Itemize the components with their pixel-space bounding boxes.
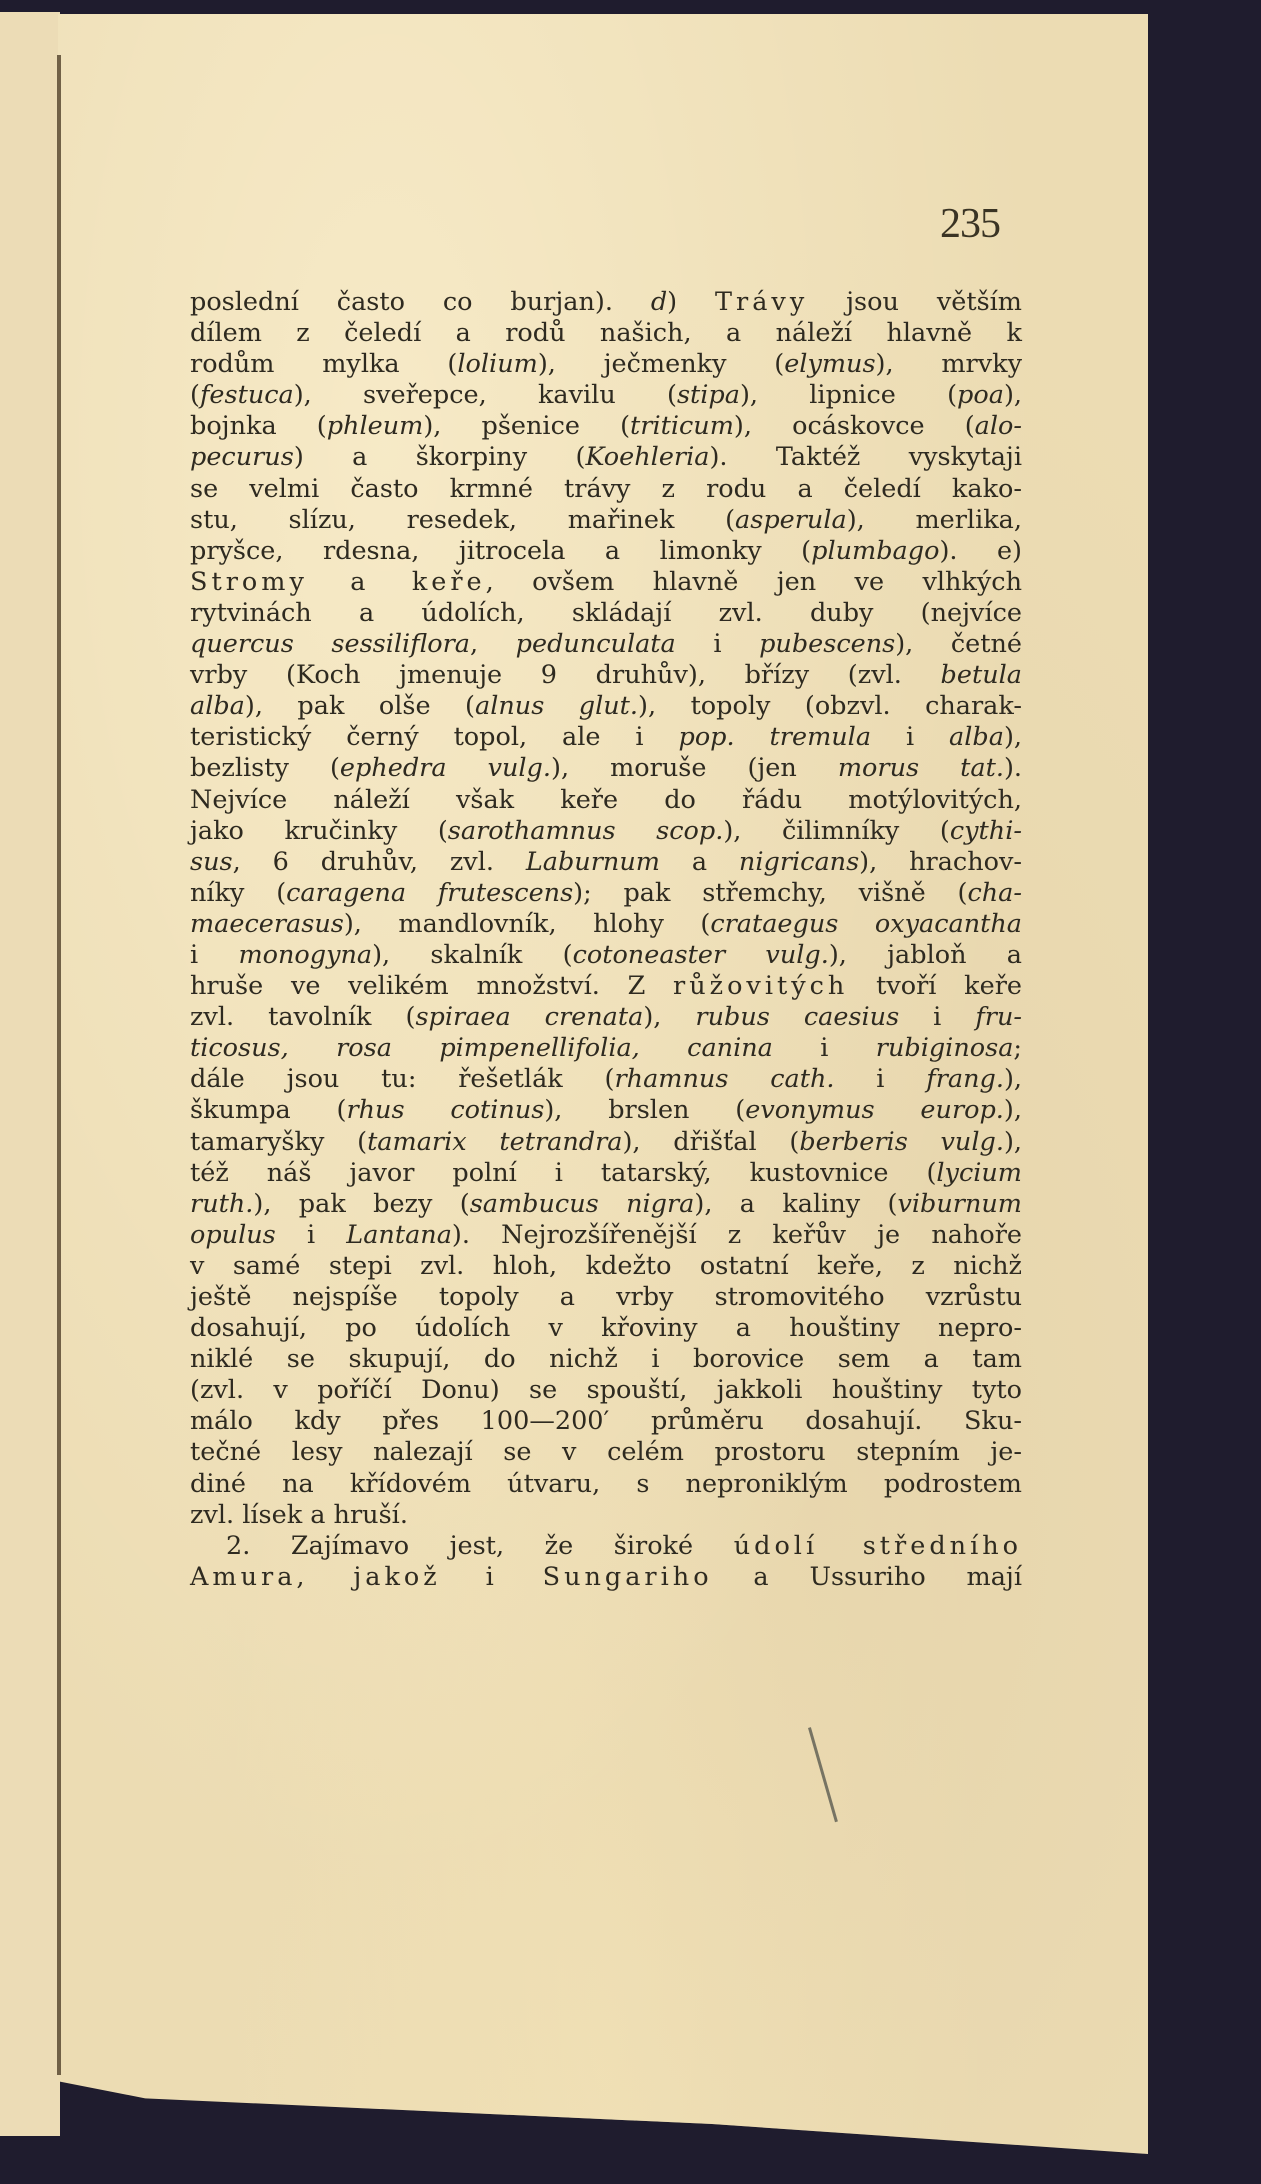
latin-term: betula <box>941 660 1022 690</box>
text-run: ), pak bezy ( <box>253 1189 469 1219</box>
latin-term: lolium <box>457 349 537 379</box>
text-line: též náš javor polní i tatarský, kustovni… <box>190 1158 1022 1189</box>
text-run: též náš javor polní i tatarský, kustovni… <box>190 1158 936 1188</box>
text-run: a Ussuriho mají <box>713 1562 1022 1592</box>
text-run: ). Taktéž vyskytaji <box>709 442 1022 472</box>
latin-term: Lantana <box>346 1220 452 1250</box>
text-run: ), a kaliny ( <box>694 1189 897 1219</box>
text-line: quercus sessiliflora, pedunculata i pube… <box>190 629 1022 660</box>
text-run: ; <box>1013 1033 1022 1063</box>
text-line: ruth.), pak bezy (sambucus nigra), a kal… <box>190 1189 1022 1220</box>
latin-term: morus tat. <box>838 753 1004 783</box>
text-line: poslední často co burjan). d) Trávy jsou… <box>190 287 1022 318</box>
text-line: pryšce, rdesna, jitrocela a limonky (plu… <box>190 536 1022 567</box>
latin-term: alo- <box>975 411 1022 441</box>
text-line: Amura, jakož i Sungariho a Ussuriho mají <box>190 1562 1022 1593</box>
latin-term: festuca <box>200 380 294 410</box>
text-run: ), <box>1004 1064 1022 1094</box>
latin-term: cha- <box>967 878 1022 908</box>
text-run: tečné lesy nalezají se v celém prostoru … <box>190 1437 1022 1467</box>
text-run: pryšce, rdesna, jitrocela a limonky ( <box>190 536 811 566</box>
text-line: málo kdy přes 100—200′ průměru dosahují.… <box>190 1406 1022 1437</box>
text-run: níky ( <box>190 878 286 908</box>
text-run: škumpa ( <box>190 1095 346 1125</box>
latin-term: sus <box>190 847 233 877</box>
text-line: alba), pak olše (alnus glut.), topoly (o… <box>190 691 1022 722</box>
text-run: v samé stepi zvl. hloh, kdežto ostatní k… <box>190 1251 1022 1281</box>
text-run: rodům mylka ( <box>190 349 457 379</box>
body-text: poslední často co burjan). d) Trávy jsou… <box>190 287 1022 1593</box>
latin-term: pecurus <box>190 442 294 472</box>
text-line: Stromy a keře, ovšem hlavně jen ve vlhký… <box>190 567 1022 598</box>
text-run: ), jabloň a <box>829 940 1022 970</box>
text-line: dílem z čeledí a rodů našich, a náleží h… <box>190 318 1022 349</box>
text-run: ), lipnice ( <box>740 380 957 410</box>
latin-term: viburnum <box>897 1189 1022 1219</box>
spaced-heading: údolí středního <box>734 1531 1022 1561</box>
text-run: ), ječmenky ( <box>538 349 784 379</box>
text-line: v samé stepi zvl. hloh, kdežto ostatní k… <box>190 1251 1022 1282</box>
latin-term: monogyna <box>238 940 372 970</box>
page-number: 235 <box>940 200 1000 248</box>
latin-term: frang. <box>926 1064 1004 1094</box>
text-run: dále jsou tu: řešetlák ( <box>190 1064 614 1094</box>
text-line: se velmi často krmné trávy z rodu a čele… <box>190 474 1022 505</box>
text-run: i <box>276 1220 347 1250</box>
text-run: stu, slízu, resedek, mařinek ( <box>190 505 735 535</box>
text-run: ), sveřepce, kavilu ( <box>294 380 677 410</box>
latin-term: spiraea crenata <box>415 1002 643 1032</box>
text-run: tamaryšky ( <box>190 1127 367 1157</box>
facing-page-edge <box>0 12 60 2136</box>
text-line: níky (caragena frutescens); pak střemchy… <box>190 878 1022 909</box>
text-run: ), čilimníky ( <box>723 816 950 846</box>
text-run: , ovšem hlavně jen ve vlhkých <box>486 567 1022 597</box>
text-run: i <box>871 722 949 752</box>
text-run: diné na křídovém útvaru, s neproniklým p… <box>190 1469 1022 1499</box>
latin-term: alba <box>949 722 1004 752</box>
latin-term: fru- <box>975 1002 1022 1032</box>
text-line: vrby (Koch jmenuje 9 druhův), břízy (zvl… <box>190 660 1022 691</box>
latin-term: rubus caesius <box>695 1002 899 1032</box>
text-run: (zvl. v poříčí Donu) se spouští, jakkoli… <box>190 1375 1022 1405</box>
text-run: ), pak olše ( <box>245 691 475 721</box>
text-run: rytvinách a údolích, skládají zvl. duby … <box>190 598 1022 628</box>
text-line: dosahují, po údolích v křoviny a houštin… <box>190 1313 1022 1344</box>
text-run: vrby (Koch jmenuje 9 druhův), břízy (zvl… <box>190 660 941 690</box>
text-run: ), topoly (obzvl. charak- <box>638 691 1022 721</box>
text-run: dílem z čeledí a rodů našich, a náleží h… <box>190 318 1022 348</box>
latin-term: pedunculata <box>516 629 676 659</box>
text-run: bezlisty ( <box>190 753 340 783</box>
text-run: ), <box>1004 1095 1022 1125</box>
text-run: poslední často co burjan). <box>190 287 651 317</box>
spaced-heading: růžovitých <box>673 971 848 1001</box>
text-run: , 6 druhův, zvl. <box>233 847 526 877</box>
text-line: niklé se skupují, do nichž i borovice se… <box>190 1344 1022 1375</box>
latin-term: evonymus europ. <box>745 1095 1004 1125</box>
latin-term: nigricans <box>739 847 859 877</box>
text-run: zvl. lísek a hruší. <box>190 1500 408 1530</box>
text-run: ). e) <box>939 536 1022 566</box>
text-run: ), mrvky <box>876 349 1022 379</box>
text-line: jako kručinky (sarothamnus scop.), čilim… <box>190 816 1022 847</box>
text-line: bojnka (phleum), pšenice (triticum), ocá… <box>190 411 1022 442</box>
text-run: ), mandlovník, hlohy ( <box>344 909 710 939</box>
latin-term: ruth. <box>190 1189 253 1219</box>
text-run: ) <box>667 287 715 317</box>
spaced-heading: Trávy <box>715 287 808 317</box>
text-run: ), moruše (jen <box>551 753 838 783</box>
text-line: 2. Zajímavo jest, že široké údolí středn… <box>190 1531 1022 1562</box>
latin-term: quercus sessiliflora <box>190 629 470 659</box>
text-line: sus, 6 druhův, zvl. Laburnum a nigricans… <box>190 847 1022 878</box>
latin-term: lycium <box>936 1158 1022 1188</box>
latin-term: crataegus oxyacantha <box>710 909 1022 939</box>
text-line: rytvinách a údolích, skládají zvl. duby … <box>190 598 1022 629</box>
text-run: ), skalník ( <box>372 940 572 970</box>
text-line: ticosus, rosa pimpenellifolia, canina i … <box>190 1033 1022 1064</box>
text-line: zvl. lísek a hruší. <box>190 1500 1022 1531</box>
text-run: tvoří keře <box>848 971 1022 1001</box>
text-run: ještě nejspíše topoly a vrby stromovitéh… <box>190 1282 1022 1312</box>
text-run: ), brslen ( <box>544 1095 745 1125</box>
spaced-heading: Stromy a keře <box>190 567 486 597</box>
text-line: stu, slízu, resedek, mařinek (asperula),… <box>190 505 1022 536</box>
text-line: Nejvíce náleží však keře do řádu motýlov… <box>190 785 1022 816</box>
latin-term: cythi- <box>950 816 1022 846</box>
latin-term: ephedra vulg. <box>340 753 551 783</box>
text-line: maecerasus), mandlovník, hlohy (crataegu… <box>190 909 1022 940</box>
text-run: i <box>899 1002 975 1032</box>
latin-term: Koehleria <box>585 442 709 472</box>
latin-term: elymus <box>784 349 875 379</box>
text-line: teristický černý topol, ale i pop. tremu… <box>190 722 1022 753</box>
latin-term: caragena frutescens <box>286 878 573 908</box>
latin-term: d <box>651 287 667 317</box>
text-run: dosahují, po údolích v křoviny a houštin… <box>190 1313 1022 1343</box>
latin-term: Laburnum <box>526 847 660 877</box>
scanned-book-page: 235 poslední často co burjan). d) Trávy … <box>0 0 1261 2184</box>
latin-term: poa <box>957 380 1004 410</box>
text-run: ), <box>643 1002 695 1032</box>
text-run: zvl. tavolník ( <box>190 1002 415 1032</box>
text-run: se velmi často krmné trávy z rodu a čele… <box>190 474 1022 504</box>
text-run: Nejvíce náleží však keře do řádu motýlov… <box>190 785 1022 815</box>
text-run: , <box>470 629 516 659</box>
text-line: rodům mylka (lolium), ječmenky (elymus),… <box>190 349 1022 380</box>
page-gutter-line <box>57 55 61 2075</box>
text-run: jsou větším <box>808 287 1022 317</box>
text-line: pecurus) a škorpiny (Koehleria). Taktéž … <box>190 442 1022 473</box>
latin-term: rubiginosa <box>876 1033 1014 1063</box>
text-run: i <box>676 629 759 659</box>
latin-term: cotoneaster vulg. <box>573 940 829 970</box>
latin-term: rhus cotinus <box>346 1095 544 1125</box>
latin-term: sambucus nigra <box>470 1189 695 1219</box>
text-run: ). <box>1004 753 1022 783</box>
text-run: ), <box>1004 722 1022 752</box>
latin-term: maecerasus <box>190 909 344 939</box>
latin-term: stipa <box>677 380 740 410</box>
latin-term: rhamnus cath. <box>614 1064 834 1094</box>
latin-term: ticosus, rosa pimpenellifolia, canina <box>190 1033 773 1063</box>
text-run: ), ocáskovce ( <box>734 411 975 441</box>
text-run: ), <box>1004 1127 1022 1157</box>
text-run: ), dřišťal ( <box>622 1127 799 1157</box>
latin-term: phleum <box>327 411 424 441</box>
latin-term: alba <box>190 691 245 721</box>
text-run: ), hrachov- <box>859 847 1022 877</box>
text-line: diné na křídovém útvaru, s neproniklým p… <box>190 1469 1022 1500</box>
text-run: niklé se skupují, do nichž i borovice se… <box>190 1344 1022 1374</box>
text-run: ). Nejrozšířenější z keřův je nahoře <box>452 1220 1022 1250</box>
text-line: (zvl. v poříčí Donu) se spouští, jakkoli… <box>190 1375 1022 1406</box>
text-run: ), merlika, <box>847 505 1022 535</box>
text-line: zvl. tavolník (spiraea crenata), rubus c… <box>190 1002 1022 1033</box>
text-run: málo kdy přes 100—200′ průměru dosahují.… <box>190 1406 1022 1436</box>
spaced-heading: Amura, jakož i Sungariho <box>190 1562 713 1592</box>
text-line: opulus i Lantana). Nejrozšířenější z keř… <box>190 1220 1022 1251</box>
latin-term: tamarix tetrandra <box>367 1127 622 1157</box>
latin-term: plumbago <box>811 536 939 566</box>
text-run: teristický černý topol, ale i <box>190 722 679 752</box>
text-line: (festuca), sveřepce, kavilu (stipa), lip… <box>190 380 1022 411</box>
latin-term: sarothamnus scop. <box>448 816 724 846</box>
text-run: jako kručinky ( <box>190 816 448 846</box>
text-run: hruše ve velikém množství. Z <box>190 971 673 1001</box>
text-run: ), <box>1004 380 1022 410</box>
text-run: i <box>773 1033 876 1063</box>
text-run: ) a škorpiny ( <box>294 442 586 472</box>
text-run: ), pšenice ( <box>423 411 630 441</box>
text-line: bezlisty (ephedra vulg.), moruše (jen mo… <box>190 753 1022 784</box>
text-run: i <box>834 1064 926 1094</box>
latin-term: opulus <box>190 1220 276 1250</box>
text-line: tečné lesy nalezají se v celém prostoru … <box>190 1437 1022 1468</box>
text-run: a <box>660 847 739 877</box>
text-line: i monogyna), skalník (cotoneaster vulg.)… <box>190 940 1022 971</box>
text-line: hruše ve velikém množství. Z růžovitých … <box>190 971 1022 1002</box>
latin-term: pubescens <box>759 629 895 659</box>
latin-term: pop. tremula <box>679 722 872 752</box>
text-run: 2. Zajímavo jest, že široké <box>226 1531 734 1561</box>
latin-term: berberis vulg. <box>799 1127 1004 1157</box>
text-line: dále jsou tu: řešetlák (rhamnus cath. i … <box>190 1064 1022 1095</box>
latin-term: alnus glut. <box>475 691 638 721</box>
latin-term: triticum <box>630 411 734 441</box>
text-line: tamaryšky (tamarix tetrandra), dřišťal (… <box>190 1127 1022 1158</box>
text-line: ještě nejspíše topoly a vrby stromovitéh… <box>190 1282 1022 1313</box>
latin-term: asperula <box>735 505 847 535</box>
text-run: ( <box>190 380 200 410</box>
text-line: škumpa (rhus cotinus), brslen (evonymus … <box>190 1095 1022 1126</box>
text-run: bojnka ( <box>190 411 327 441</box>
text-run: ), četné <box>895 629 1022 659</box>
text-run: ); pak střemchy, višně ( <box>573 878 967 908</box>
text-run: i <box>190 940 238 970</box>
